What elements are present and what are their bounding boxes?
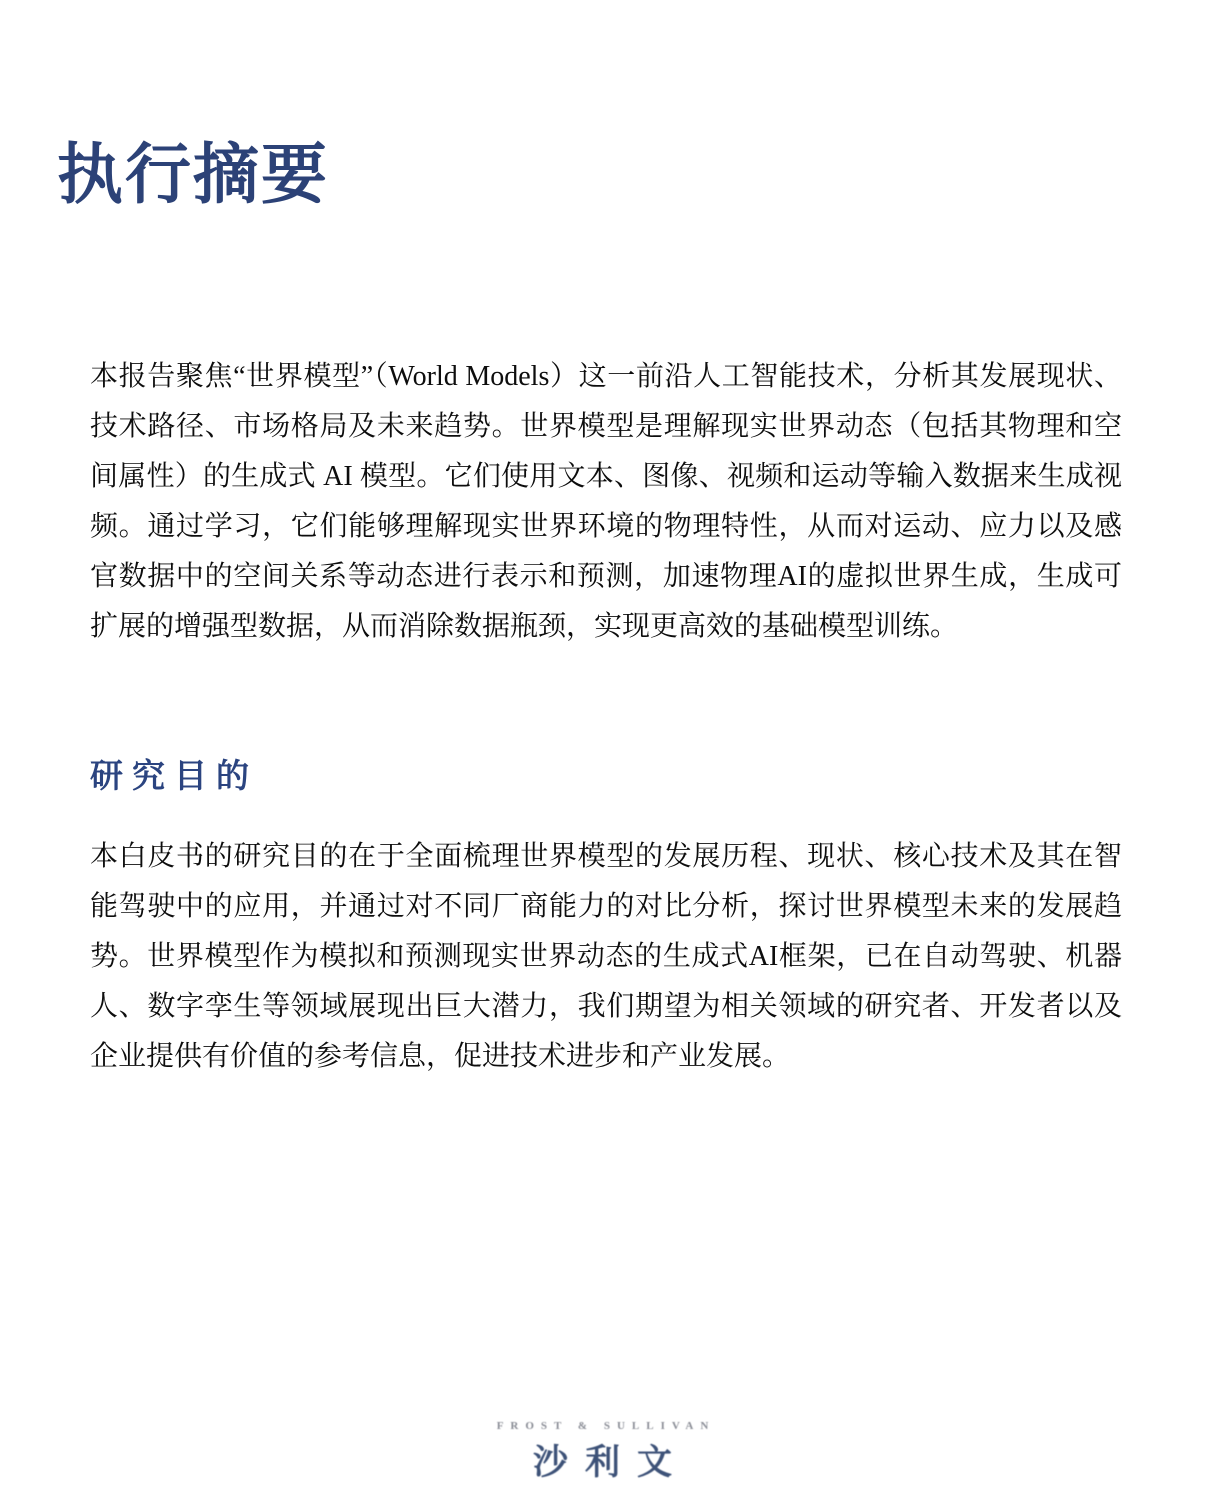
executive-summary-paragraph: 本报告聚焦“世界模型”（World Models）这一前沿人工智能技术，分析其发… [90, 352, 1122, 652]
frost-sullivan-chinese-wordmark: 沙利文 [490, 1435, 716, 1485]
document-page: 执行摘要 本报告聚焦“世界模型”（World Models）这一前沿人工智能技术… [0, 0, 1205, 1505]
frost-sullivan-english-wordmark: FROST & SULLIVAN [490, 1420, 716, 1432]
frost-sullivan-logo: FROST & SULLIVAN 沙利文 [490, 1420, 716, 1485]
page-footer: FROST & SULLIVAN 沙利文 [0, 1420, 1205, 1485]
page-title: 执行摘要 [57, 136, 329, 216]
research-purpose-paragraph: 本白皮书的研究目的在于全面梳理世界模型的发展历程、现状、核心技术及其在智能驾驶中… [90, 832, 1122, 1082]
section-heading-research-purpose: 研究目的 [90, 756, 258, 798]
